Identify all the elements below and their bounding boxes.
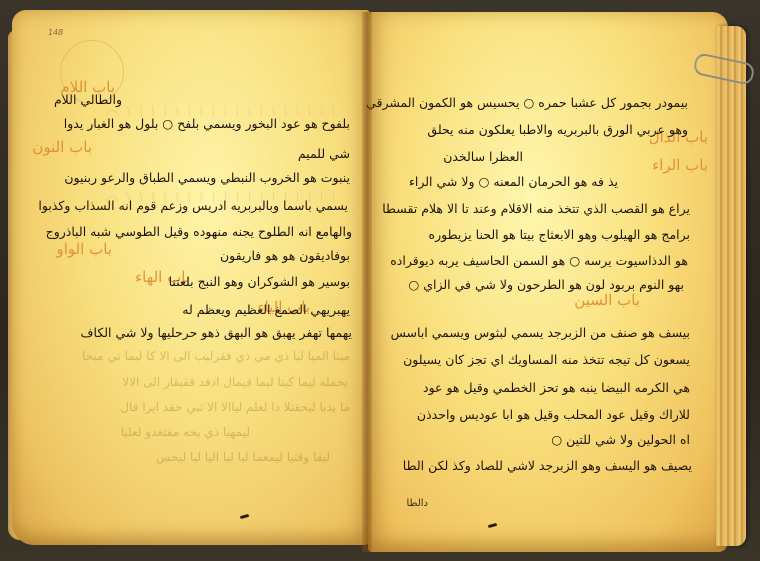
chapter-heading: باب الراء [652, 156, 708, 174]
faded-text-line: ليمهيا ذي يحه مقتعدو لعليا [121, 425, 250, 439]
text-line: بيمودر بجمور كل عشبا حمره ○ يحسيس هو الك… [366, 95, 688, 110]
text-line: بوسير هو الشوكران وهو النبج بلعتنا [169, 274, 350, 289]
right-page: باب الذالباب الراءباب السينبيمودر بجمور … [368, 12, 728, 552]
text-line: يهمها تهفر يهبق هو البهق ذهو حرحليها ولا… [81, 325, 352, 340]
text-line: يراع هو القصب الذي تتخذ منه الاقلام وعند… [382, 201, 690, 216]
faded-text-line: ليقا وقتيا ليمعما ليا ليا اليا ليا ليحس [156, 450, 330, 464]
text-line: والهامع انه الطلوح يجنه منهوده وقيل الطو… [46, 224, 352, 239]
text-line: يصيف هو اليسف وهو الزبرجد لاشي للصاد وكذ… [403, 458, 692, 473]
gutter [362, 12, 372, 552]
text-line: ينبوت هو الخروب النبطي ويسمي الطباق والر… [64, 170, 350, 185]
text-line: بلفوح هو عود البخور ويسمي بلفح ○ بلول هو… [64, 116, 350, 131]
text-line: برامج هو الهيلوب وهو الابعثاج بيتا هو ال… [429, 227, 690, 242]
chapter-heading: باب السين [574, 291, 640, 309]
faded-text-line: ميثا الميا ليا ذي مي ذي فقرليب الى الا ك… [82, 349, 350, 363]
page-edges [716, 26, 746, 546]
open-manuscript: 148 ميثا الميا ليا ذي مي ذي فقرليب الى ا… [0, 0, 760, 561]
text-line: بوفاديقون هو هو فاريقون [220, 248, 350, 263]
text-line: يسمي باسما وبالبربريه ادريس وزعم قوم انه… [38, 198, 348, 213]
chapter-heading: باب النون [32, 138, 92, 156]
text-line: العظرا سالخدن [443, 149, 523, 164]
text-line: وهو عربي الورق بالبربريه والاطبا يعلكون … [427, 122, 688, 137]
chapter-heading: باب الواو [56, 240, 112, 258]
text-line: يسعون كل تيجه تتخذ منه المساويك اي تجز ك… [403, 352, 690, 367]
text-line: بهو النوم بربود لون هو الطرحون ولا شي في… [408, 277, 684, 292]
faded-text-line: يحمله ليما كيتا ليما فيمال ادقد ققيقار ا… [122, 375, 348, 389]
text-line: للاراك وقيل عود المحلب وقيل هو ابا عوديس… [417, 407, 690, 422]
text-line: يهبريهي الصمغ العظيم ويعظم له [182, 302, 350, 317]
text-line: بيسف هو صنف من الزبرجد يسمي لبثوس ويسمي … [391, 325, 690, 340]
ornament-band [102, 106, 342, 116]
text-line: هي الكرمه البيضا ينبه هو تحز الخطمي وقيل… [423, 380, 690, 395]
catchword: دالطا [406, 498, 428, 509]
text-line: يذ فه هو الحرمان المعنه ○ ولا شي الراء [409, 174, 618, 189]
left-page: 148 ميثا الميا ليا ذي مي ذي فقرليب الى ا… [12, 10, 370, 545]
text-line: هو الدذاسيوت يرسه ○ هو السمن الحاسيف يرب… [390, 253, 688, 268]
faded-text-line: ما يدبا ليحقتلا ذا لعلم لياالا الا ثبي ح… [120, 400, 350, 414]
text-line: والطالي اللام [54, 92, 122, 107]
text-line: اه الحولين ولا شي للتين ○ [551, 432, 690, 447]
folio-number: 148 [48, 28, 63, 37]
text-line: شي للميم [298, 146, 350, 161]
